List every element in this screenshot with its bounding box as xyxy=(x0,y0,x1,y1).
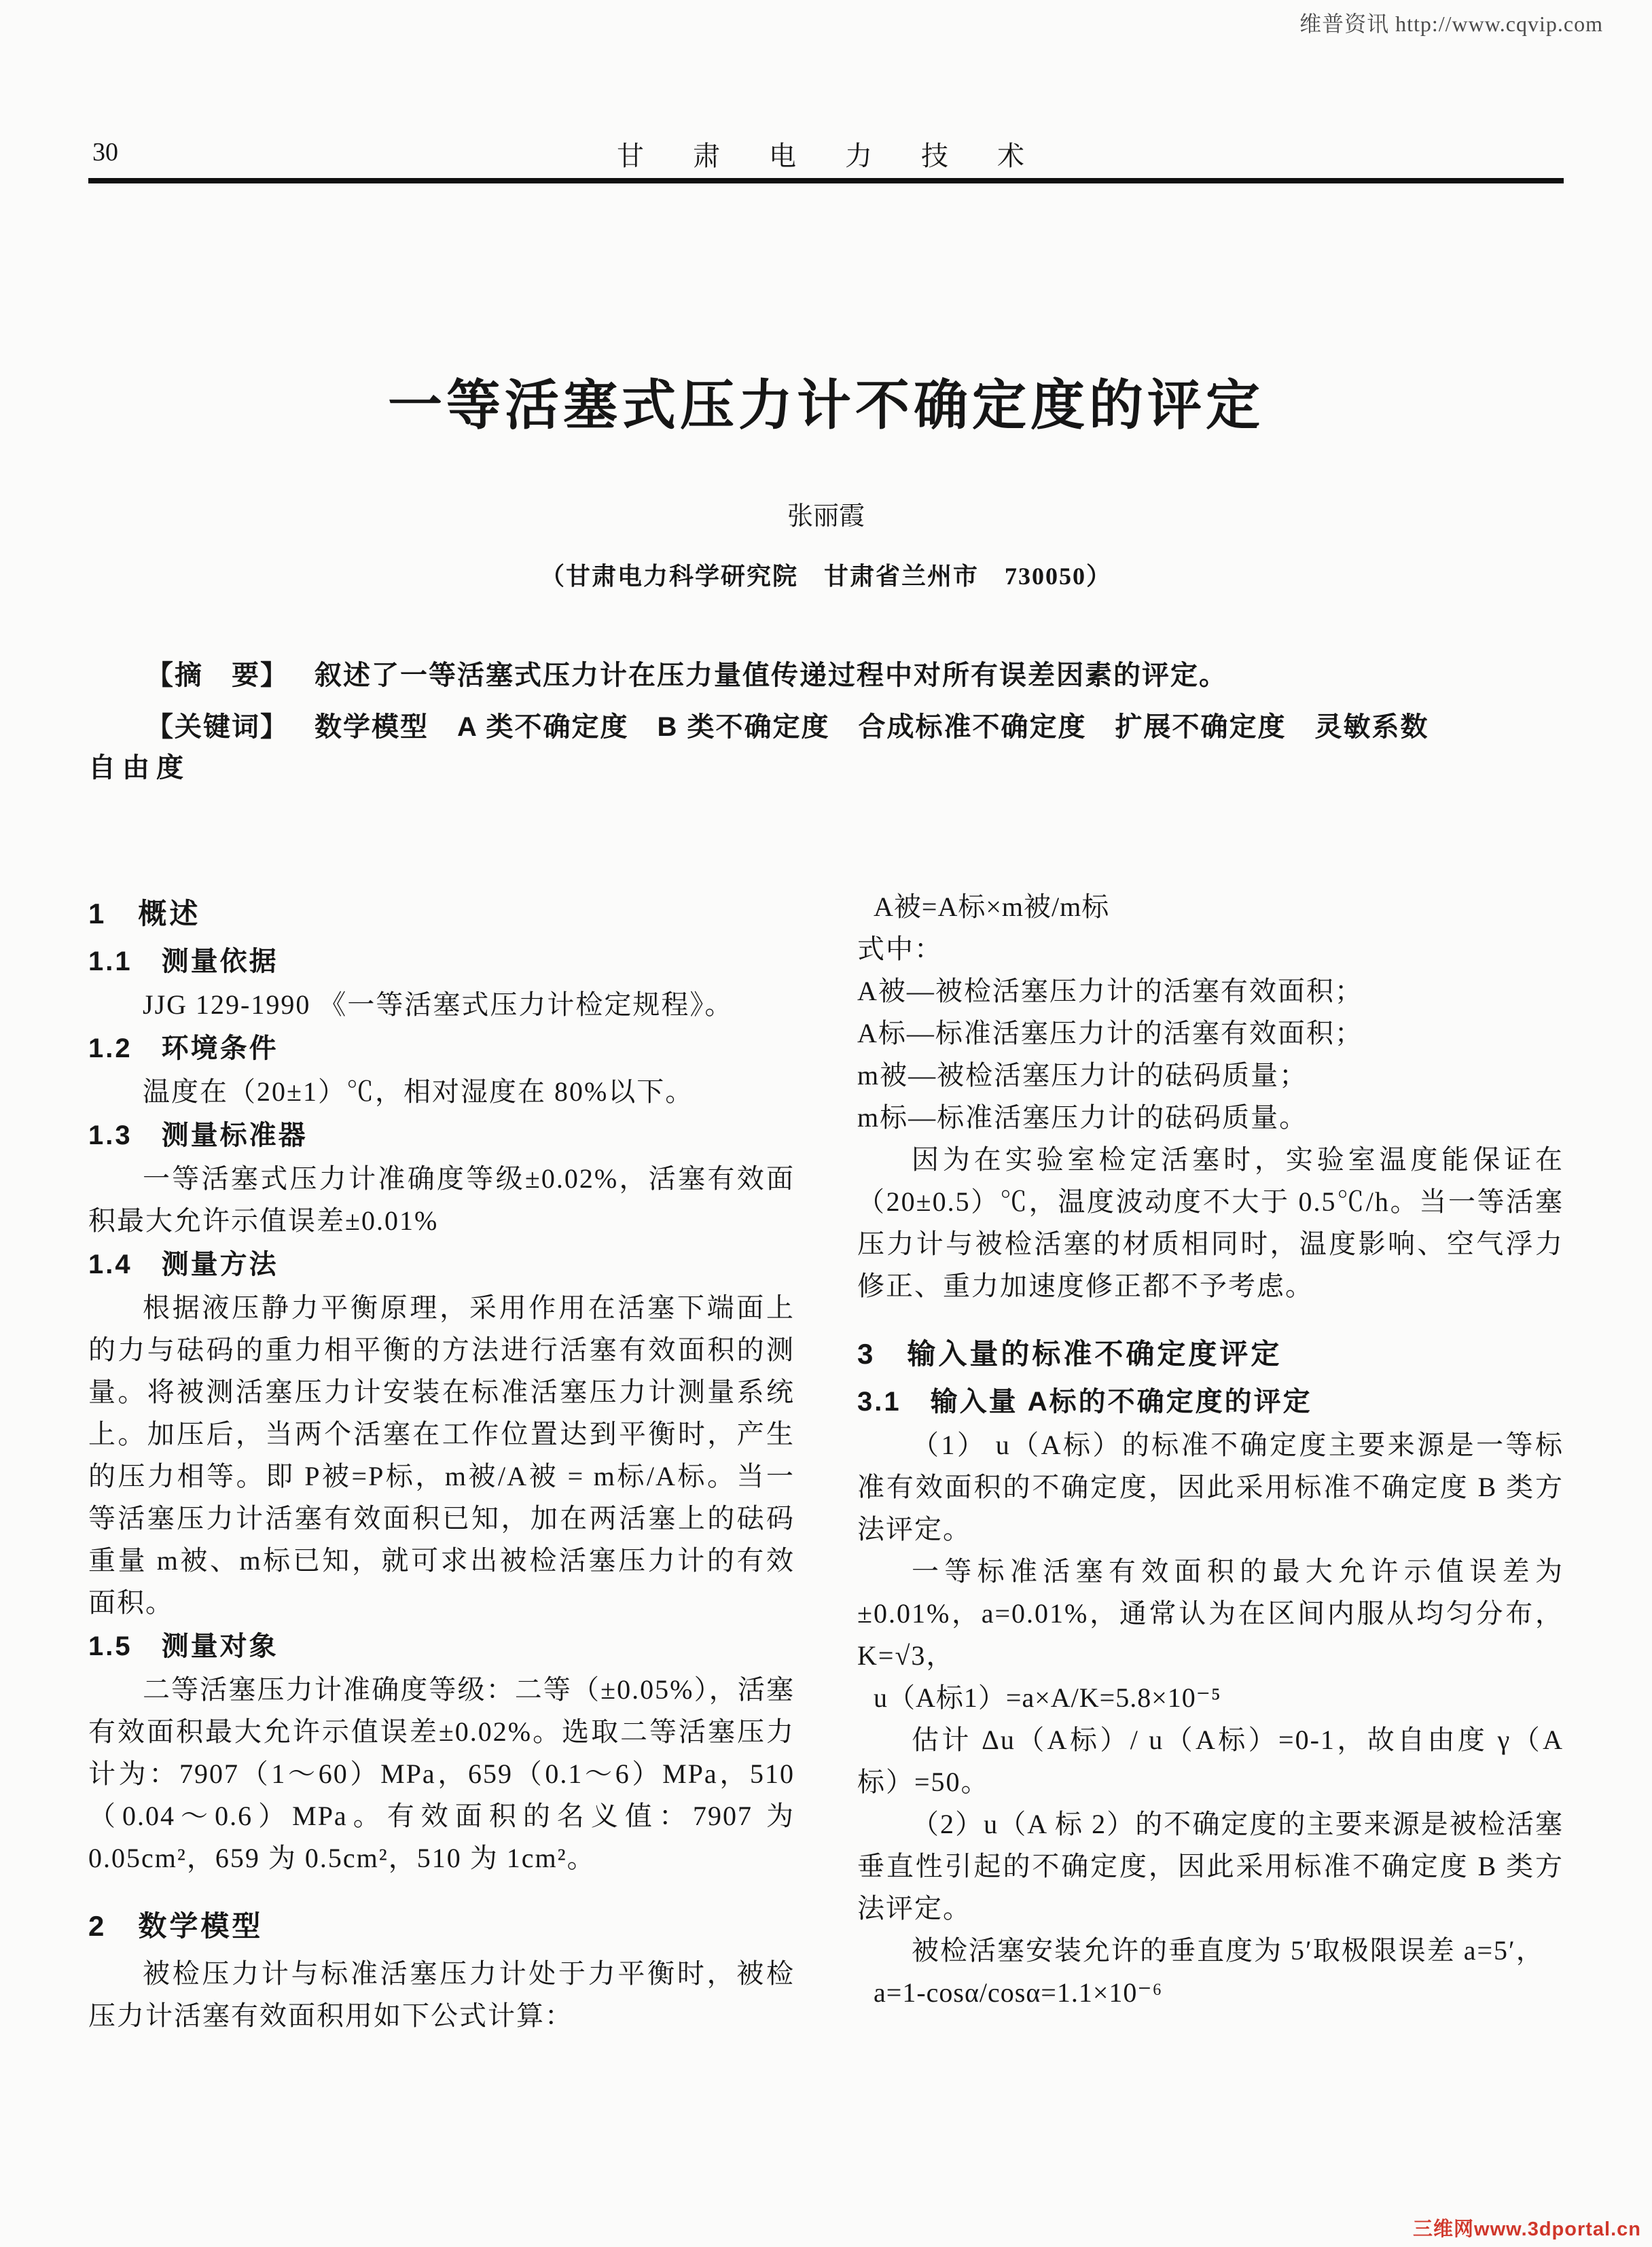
section-1-4-body: 根据液压静力平衡原理，采用作用在活塞下端面上的力与砝码的重力相平衡的方法进行活塞… xyxy=(88,1287,795,1624)
3dportal-watermark: 三维网www.3dportal.cn xyxy=(1413,2214,1641,2242)
section-1-4-heading: 1.4 测量方法 xyxy=(88,1243,795,1286)
cqvip-watermark: 维普资讯 http://www.cqvip.com xyxy=(1299,7,1603,38)
author-affiliation: （甘肃电力科学研究院 甘肃省兰州市 730050） xyxy=(88,561,1564,591)
journal-page: 维普资讯 http://www.cqvip.com 30 甘 肃 电 力 技 术… xyxy=(0,0,1652,2247)
header-rule xyxy=(88,178,1564,183)
section-1-1-heading: 1.1 测量依据 xyxy=(88,940,795,983)
section-1-heading: 1 概述 xyxy=(88,893,795,935)
section-2-body: 被检压力计与标准活塞压力计处于力平衡时，被检压力计活塞有效面积用如下公式计算： xyxy=(88,1953,795,2037)
abstract-line: 【摘 要】叙述了一等活塞式压力计在压力量值传递过程中对所有误差因素的评定。 xyxy=(88,658,1564,693)
page-header: 30 甘 肃 电 力 技 术 xyxy=(88,135,1564,169)
formula-definition: A标—标准活塞压力计的活塞有效面积； xyxy=(857,1012,1564,1055)
abstract-text: 叙述了一等活塞式压力计在压力量值传递过程中对所有误差因素的评定。 xyxy=(315,660,1227,690)
section-1-5-heading: 1.5 测量对象 xyxy=(88,1625,795,1667)
section-3-1-paragraph-2: 一等标准活塞有效面积的最大允许示值误差为±0.01%，a=0.01%，通常认为在… xyxy=(857,1551,1564,1677)
abstract-label: 【摘 要】 xyxy=(146,660,289,690)
formula-definition: A被—被检活塞压力计的活塞有效面积； xyxy=(857,970,1564,1012)
author-name: 张丽霞 xyxy=(88,501,1564,531)
section-1-1-body: JJG 129-1990 《一等活塞式压力计检定规程》。 xyxy=(88,984,795,1026)
left-column: 1 概述 1.1 测量依据 JJG 129-1990 《一等活塞式压力计检定规程… xyxy=(88,886,795,2037)
section-3-1-heading: 3.1 输入量 A标的不确定度的评定 xyxy=(857,1381,1564,1423)
journal-title: 甘 肃 电 力 技 术 xyxy=(88,135,1564,173)
section-2-heading: 2 数学模型 xyxy=(88,1905,795,1947)
page-content: 30 甘 肃 电 力 技 术 一等活塞式压力计不确定度的评定 张丽霞 （甘肃电力… xyxy=(0,135,1652,2037)
section-1-5-body: 二等活塞压力计准确度等级：二等（±0.05%），活塞有效面积最大允许示值误差±0… xyxy=(88,1669,795,1879)
section-3-heading: 3 输入量的标准不确定度评定 xyxy=(857,1333,1564,1375)
page-number: 30 xyxy=(92,137,118,167)
section-1-2-heading: 1.2 环境条件 xyxy=(88,1027,795,1069)
formula-intro: 式中： xyxy=(857,928,1564,970)
right-column: A被=A标×m被/m标 式中： A被—被检活塞压力计的活塞有效面积； A标—标准… xyxy=(857,886,1564,2014)
article-title: 一等活塞式压力计不确定度的评定 xyxy=(88,379,1564,434)
keywords-label: 【关键词】 xyxy=(146,712,289,742)
section-1-3-body: 一等活塞式压力计准确度等级±0.02%，活塞有效面积最大允许示值误差±0.01% xyxy=(88,1158,795,1242)
main-formula: A被=A标×m被/m标 xyxy=(857,886,1564,928)
section-3-1-paragraph-4: （2）u（A 标 2）的不确定度的主要来源是被检活塞垂直性引起的不确定度，因此采… xyxy=(857,1803,1564,1930)
section-3-1-paragraph-3: 估计 Δu（A标）/ u（A标）=0-1，故自由度 γ（A标）=50。 xyxy=(857,1719,1564,1803)
section-3-1-paragraph-5: 被检活塞安装允许的垂直度为 5′取极限误差 a=5′， xyxy=(857,1930,1564,1972)
section-1-3-heading: 1.3 测量标准器 xyxy=(88,1114,795,1156)
formula-definition: m标—标准活塞压力计的砝码质量。 xyxy=(857,1097,1564,1139)
uncertainty-formula-1: u（A标1）=a×A/K=5.8×10⁻⁵ xyxy=(857,1677,1564,1719)
uncertainty-formula-2: a=1-cosα/cosα=1.1×10⁻⁶ xyxy=(857,1972,1564,2014)
keywords-overflow: 自由度 xyxy=(88,750,1564,785)
section-1-2-body: 温度在（20±1）℃，相对湿度在 80%以下。 xyxy=(88,1071,795,1113)
two-column-body: 1 概述 1.1 测量依据 JJG 129-1990 《一等活塞式压力计检定规程… xyxy=(88,886,1564,2037)
keywords-line: 【关键词】数学模型 A 类不确定度 B 类不确定度 合成标准不确定度 扩展不确定… xyxy=(88,709,1564,745)
formula-definition: m被—被检活塞压力计的砝码质量； xyxy=(857,1055,1564,1097)
lab-conditions-paragraph: 因为在实验室检定活塞时，实验室温度能保证在（20±0.5）℃，温度波动度不大于 … xyxy=(857,1139,1564,1307)
section-3-1-paragraph-1: （1） u（A标）的标准不确定度主要来源是一等标准有效面积的不确定度，因此采用标… xyxy=(857,1424,1564,1551)
keywords-text: 数学模型 A 类不确定度 B 类不确定度 合成标准不确定度 扩展不确定度 灵敏系… xyxy=(315,712,1429,742)
